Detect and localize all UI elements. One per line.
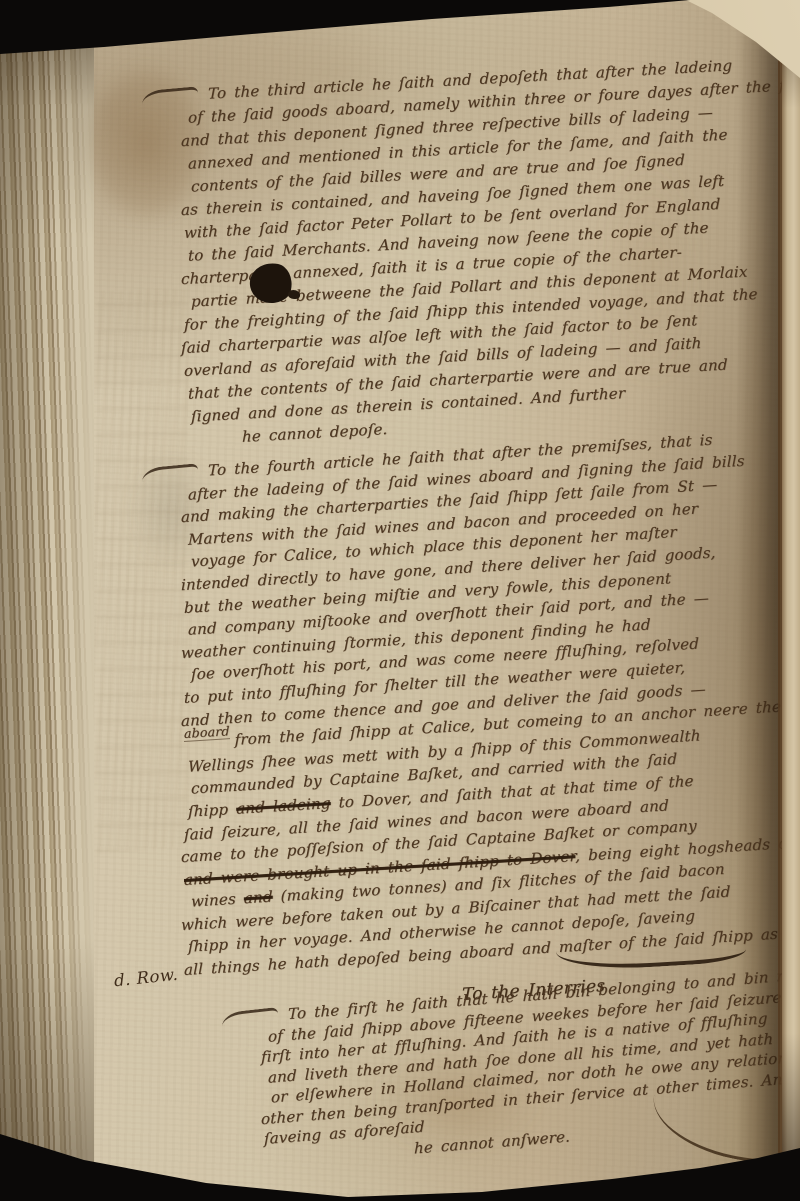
photograph-backdrop: To the third article he ſaith and depoſe… — [0, 0, 800, 1201]
show-through-writing — [96, 288, 188, 853]
line-text: ſhipp — [188, 800, 236, 821]
line-text: he cannot depoſe. — [242, 420, 388, 446]
adjacent-page-edge — [782, 0, 800, 1201]
paragraph-answer-fourth-article: To the fourth article he ſaith that afte… — [184, 422, 800, 982]
line-text: wines — [191, 890, 244, 911]
struck-text: and ladeing — [236, 794, 330, 818]
struck-text: and — [244, 888, 273, 908]
paragraph-answer-third-article: To the third article he ſaith and depoſe… — [184, 49, 800, 452]
gutter-shadow — [736, 0, 780, 1201]
manuscript-text: To the third article he ſaith and depoſe… — [184, 84, 800, 1170]
interlinear-insertion: aboard — [184, 723, 230, 742]
ink-blot-small — [288, 290, 300, 299]
